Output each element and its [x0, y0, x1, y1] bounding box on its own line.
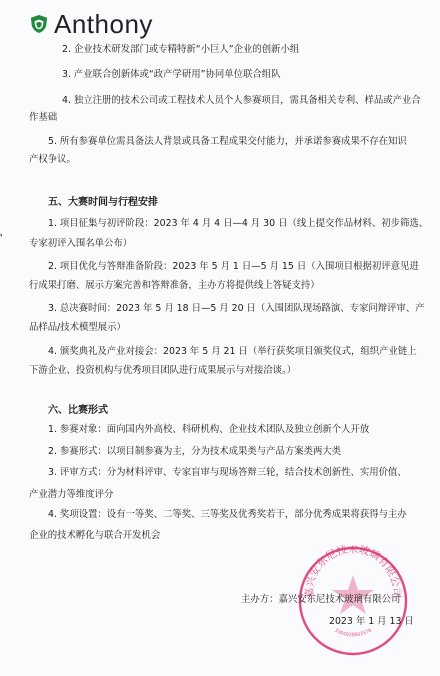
text-line: 专家初评入围名单公布）	[29, 238, 132, 250]
text-line: 行成果打磨、展示方案完善和答辩准备，主办方将提供线上答疑支持）	[29, 280, 320, 292]
text-line: 作基础	[29, 112, 57, 124]
text-line: 1. 参赛对象：面向国内外高校、科研机构、企业技术团队及独立创新个人开放	[48, 424, 369, 436]
organizer-signature: 主办方：嘉兴安东尼技术玻璃有限公司	[241, 591, 400, 605]
svg-text:3304020003570: 3304020003570	[333, 628, 372, 639]
text-line: 5. 所有参赛单位需具备法人背景或具备工程成果交付能力，并承诺参赛成果不存在知识	[48, 136, 407, 148]
shield-icon	[30, 14, 48, 34]
text-line: 4. 奖项设置：设有一等奖、二等奖、三等奖及优秀奖若干，部分优秀成果将获得与主办	[48, 509, 407, 521]
brand-logo: Anthony	[30, 10, 153, 38]
seal-number: 3304020003570	[333, 628, 372, 639]
text-line: 2. 参赛形式：以项目制参赛为主，分为技术成果类与产品方案类两大类	[48, 446, 341, 458]
text-line: 下游企业、投资机构与优秀项目团队进行成果展示与对接洽谈。）	[29, 365, 296, 377]
text-line: 产权争议。	[29, 154, 76, 166]
section-heading: 五、大赛时间与行程安排	[48, 197, 158, 209]
text-line: 3. 产业联合创新体或“政产学研用”协同单位联合组队	[62, 69, 281, 81]
margin-mark: ❜	[0, 233, 3, 242]
text-line: 4. 独立注册的技术公司或工程技术人员个人参赛项目，需具备相关专利、样品或产业合	[62, 95, 421, 107]
text-line: 2. 企业技术研发部门或专精特新“小巨人”企业的创新小组	[62, 44, 299, 56]
section-heading: 六、比赛形式	[48, 405, 108, 417]
text-line: 3. 评审方式：分为材料评审、专家盲审与现场答辩三轮，结合技术创新性、实用价值、	[48, 467, 407, 479]
brand-name: Anthony	[54, 10, 153, 38]
text-line: 产业潜力等维度评分	[29, 489, 113, 501]
text-line: 2. 项目优化与答辩准备阶段：2023 年 5 月 1 日—5 月 15 日（入…	[48, 261, 419, 273]
text-line: 4. 颁奖典礼及产业对接会：2023 年 5 月 21 日（举行获奖项目颁奖仪式…	[48, 346, 417, 358]
text-line: 品样品/技术模型展示）	[29, 322, 126, 334]
text-line: 1. 项目征集与初评阶段：2023 年 4 月 4 日—4 月 30 日（线上提…	[48, 218, 428, 230]
text-line: 企业的技术孵化与联合开发机会	[29, 530, 160, 542]
signature-date: 2023 年 1 月 13 日	[329, 613, 414, 627]
text-line: 3. 总决赛时间：2023 年 5 月 18 日—5 月 20 日（入围团队现场…	[48, 303, 425, 315]
